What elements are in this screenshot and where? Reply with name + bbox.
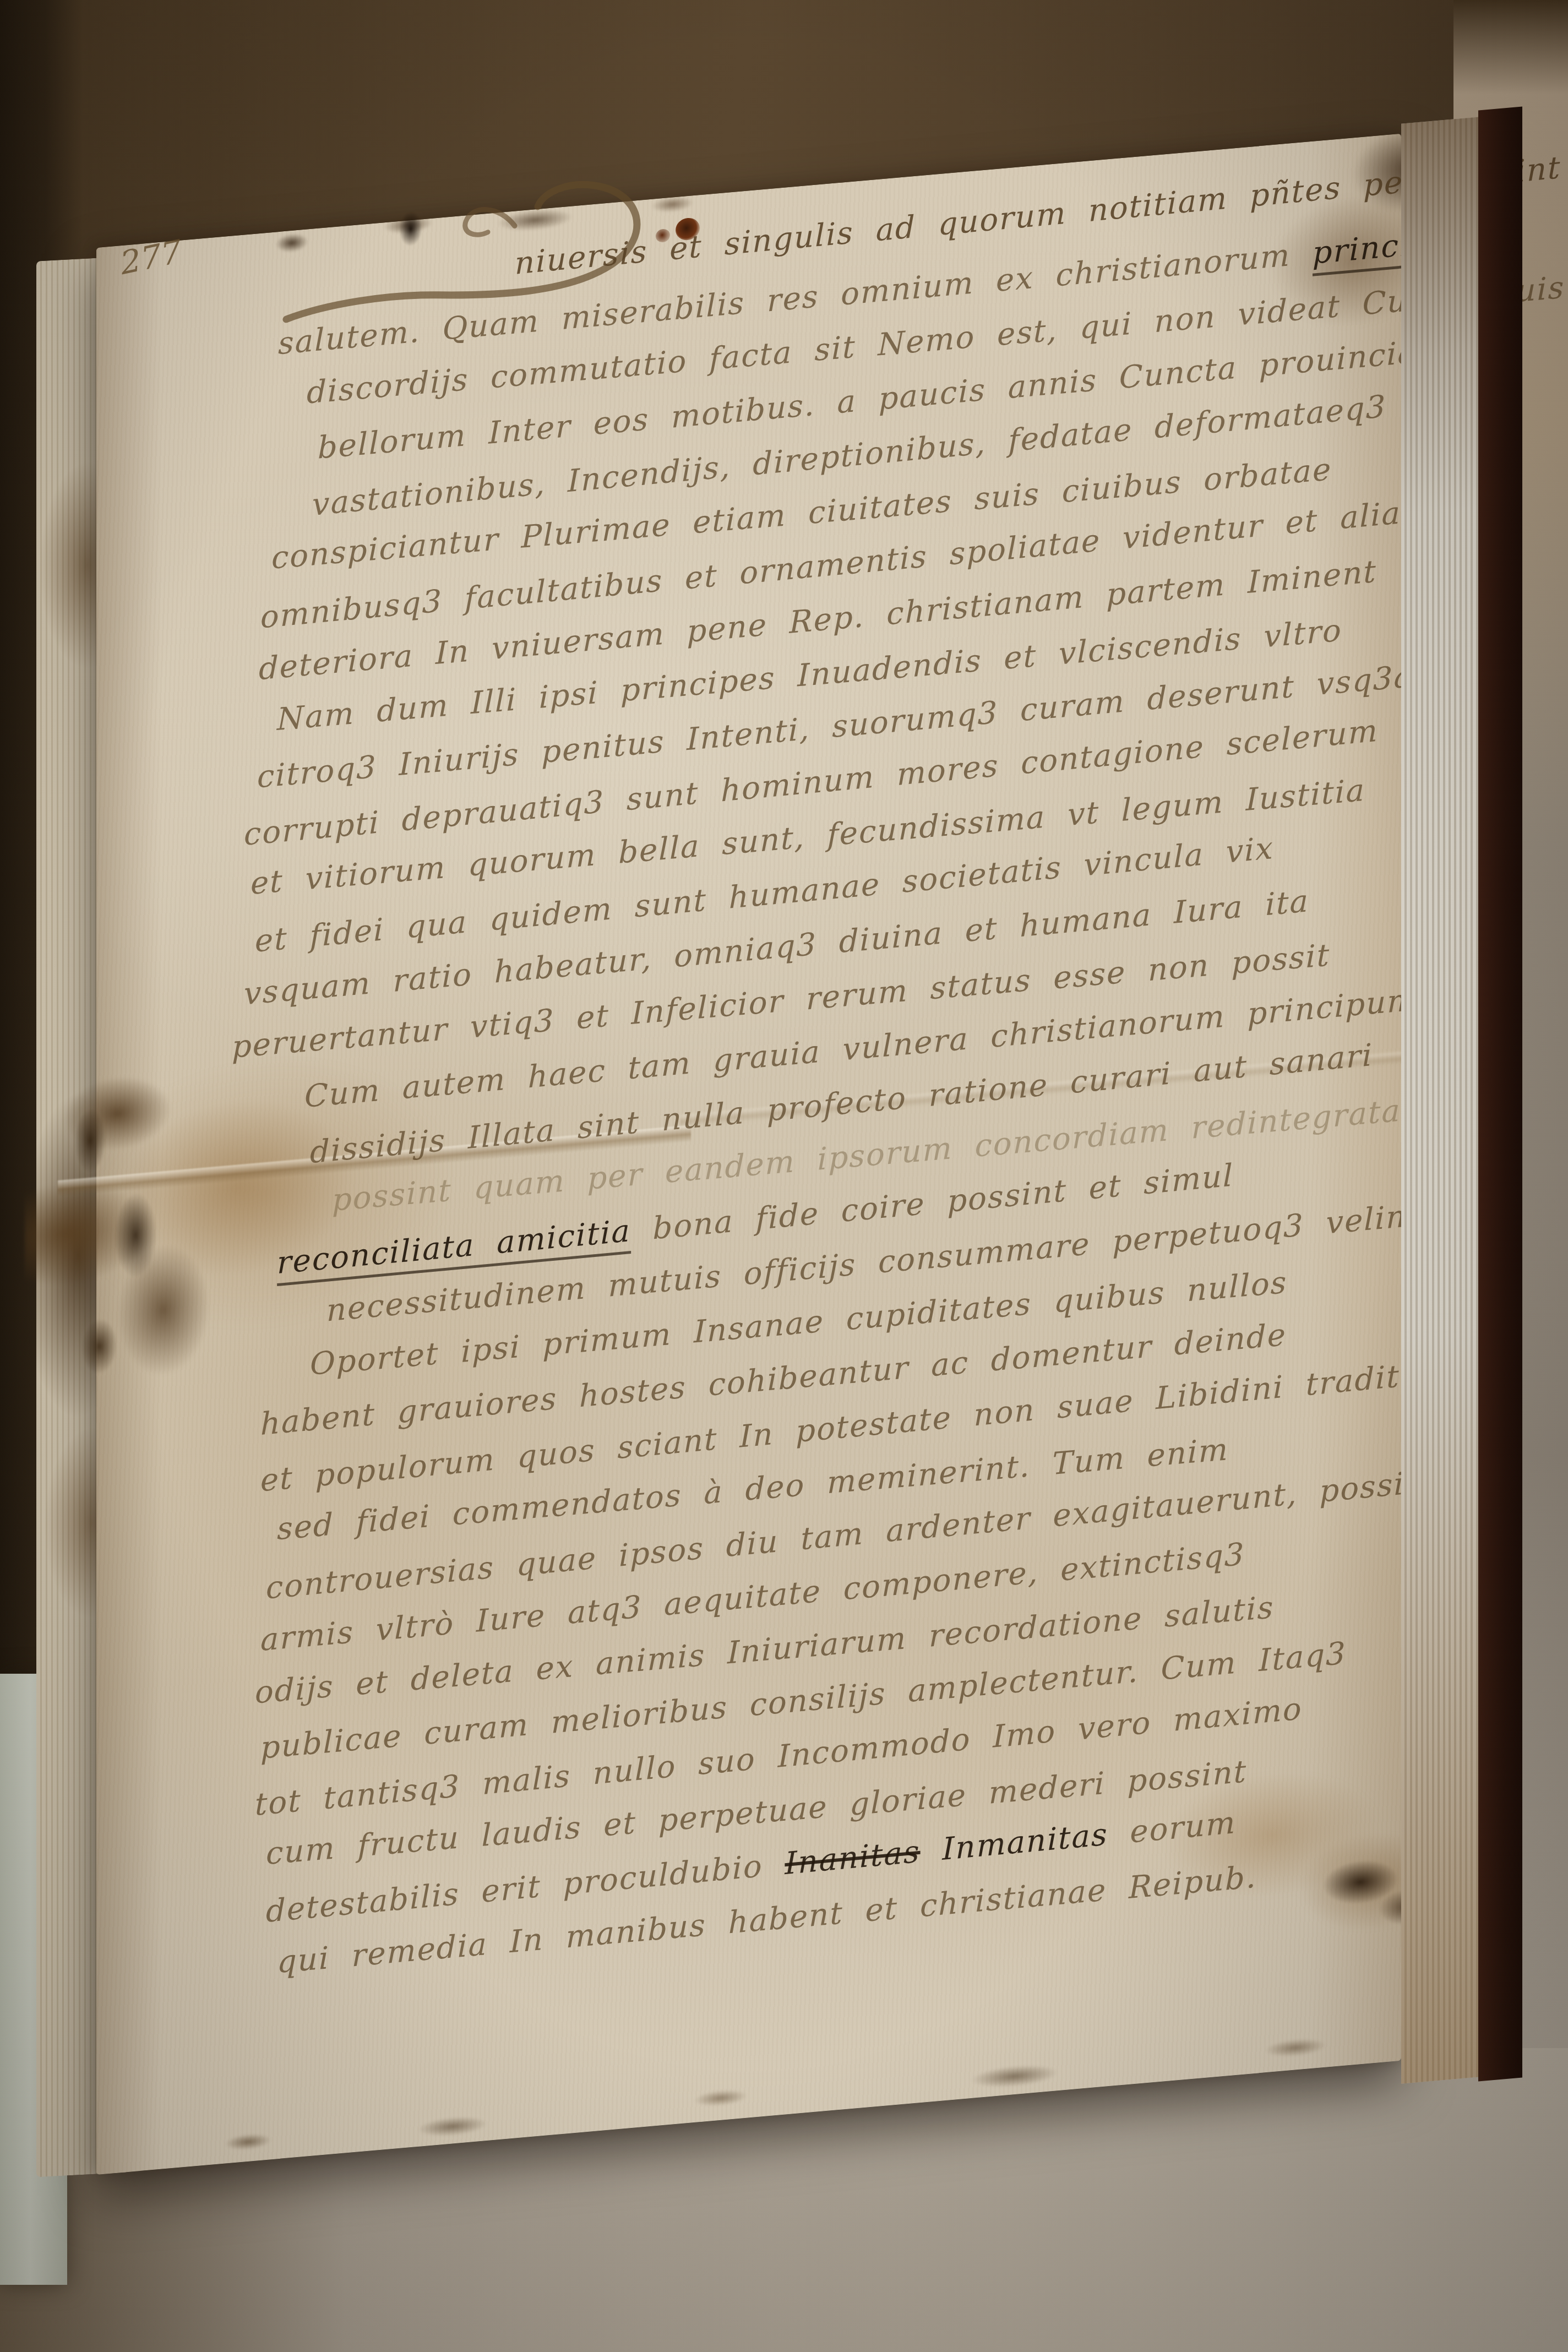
manuscript-page: 277 niuersis et singulis ad quorum notit… bbox=[96, 134, 1401, 2175]
page-edge-gap bbox=[1478, 106, 1522, 2081]
book-fore-edge bbox=[1401, 117, 1478, 2083]
manuscript-photo: 277 niuersis et singulis ad quorum notit… bbox=[0, 0, 1568, 2352]
line-text bbox=[920, 1832, 942, 1870]
